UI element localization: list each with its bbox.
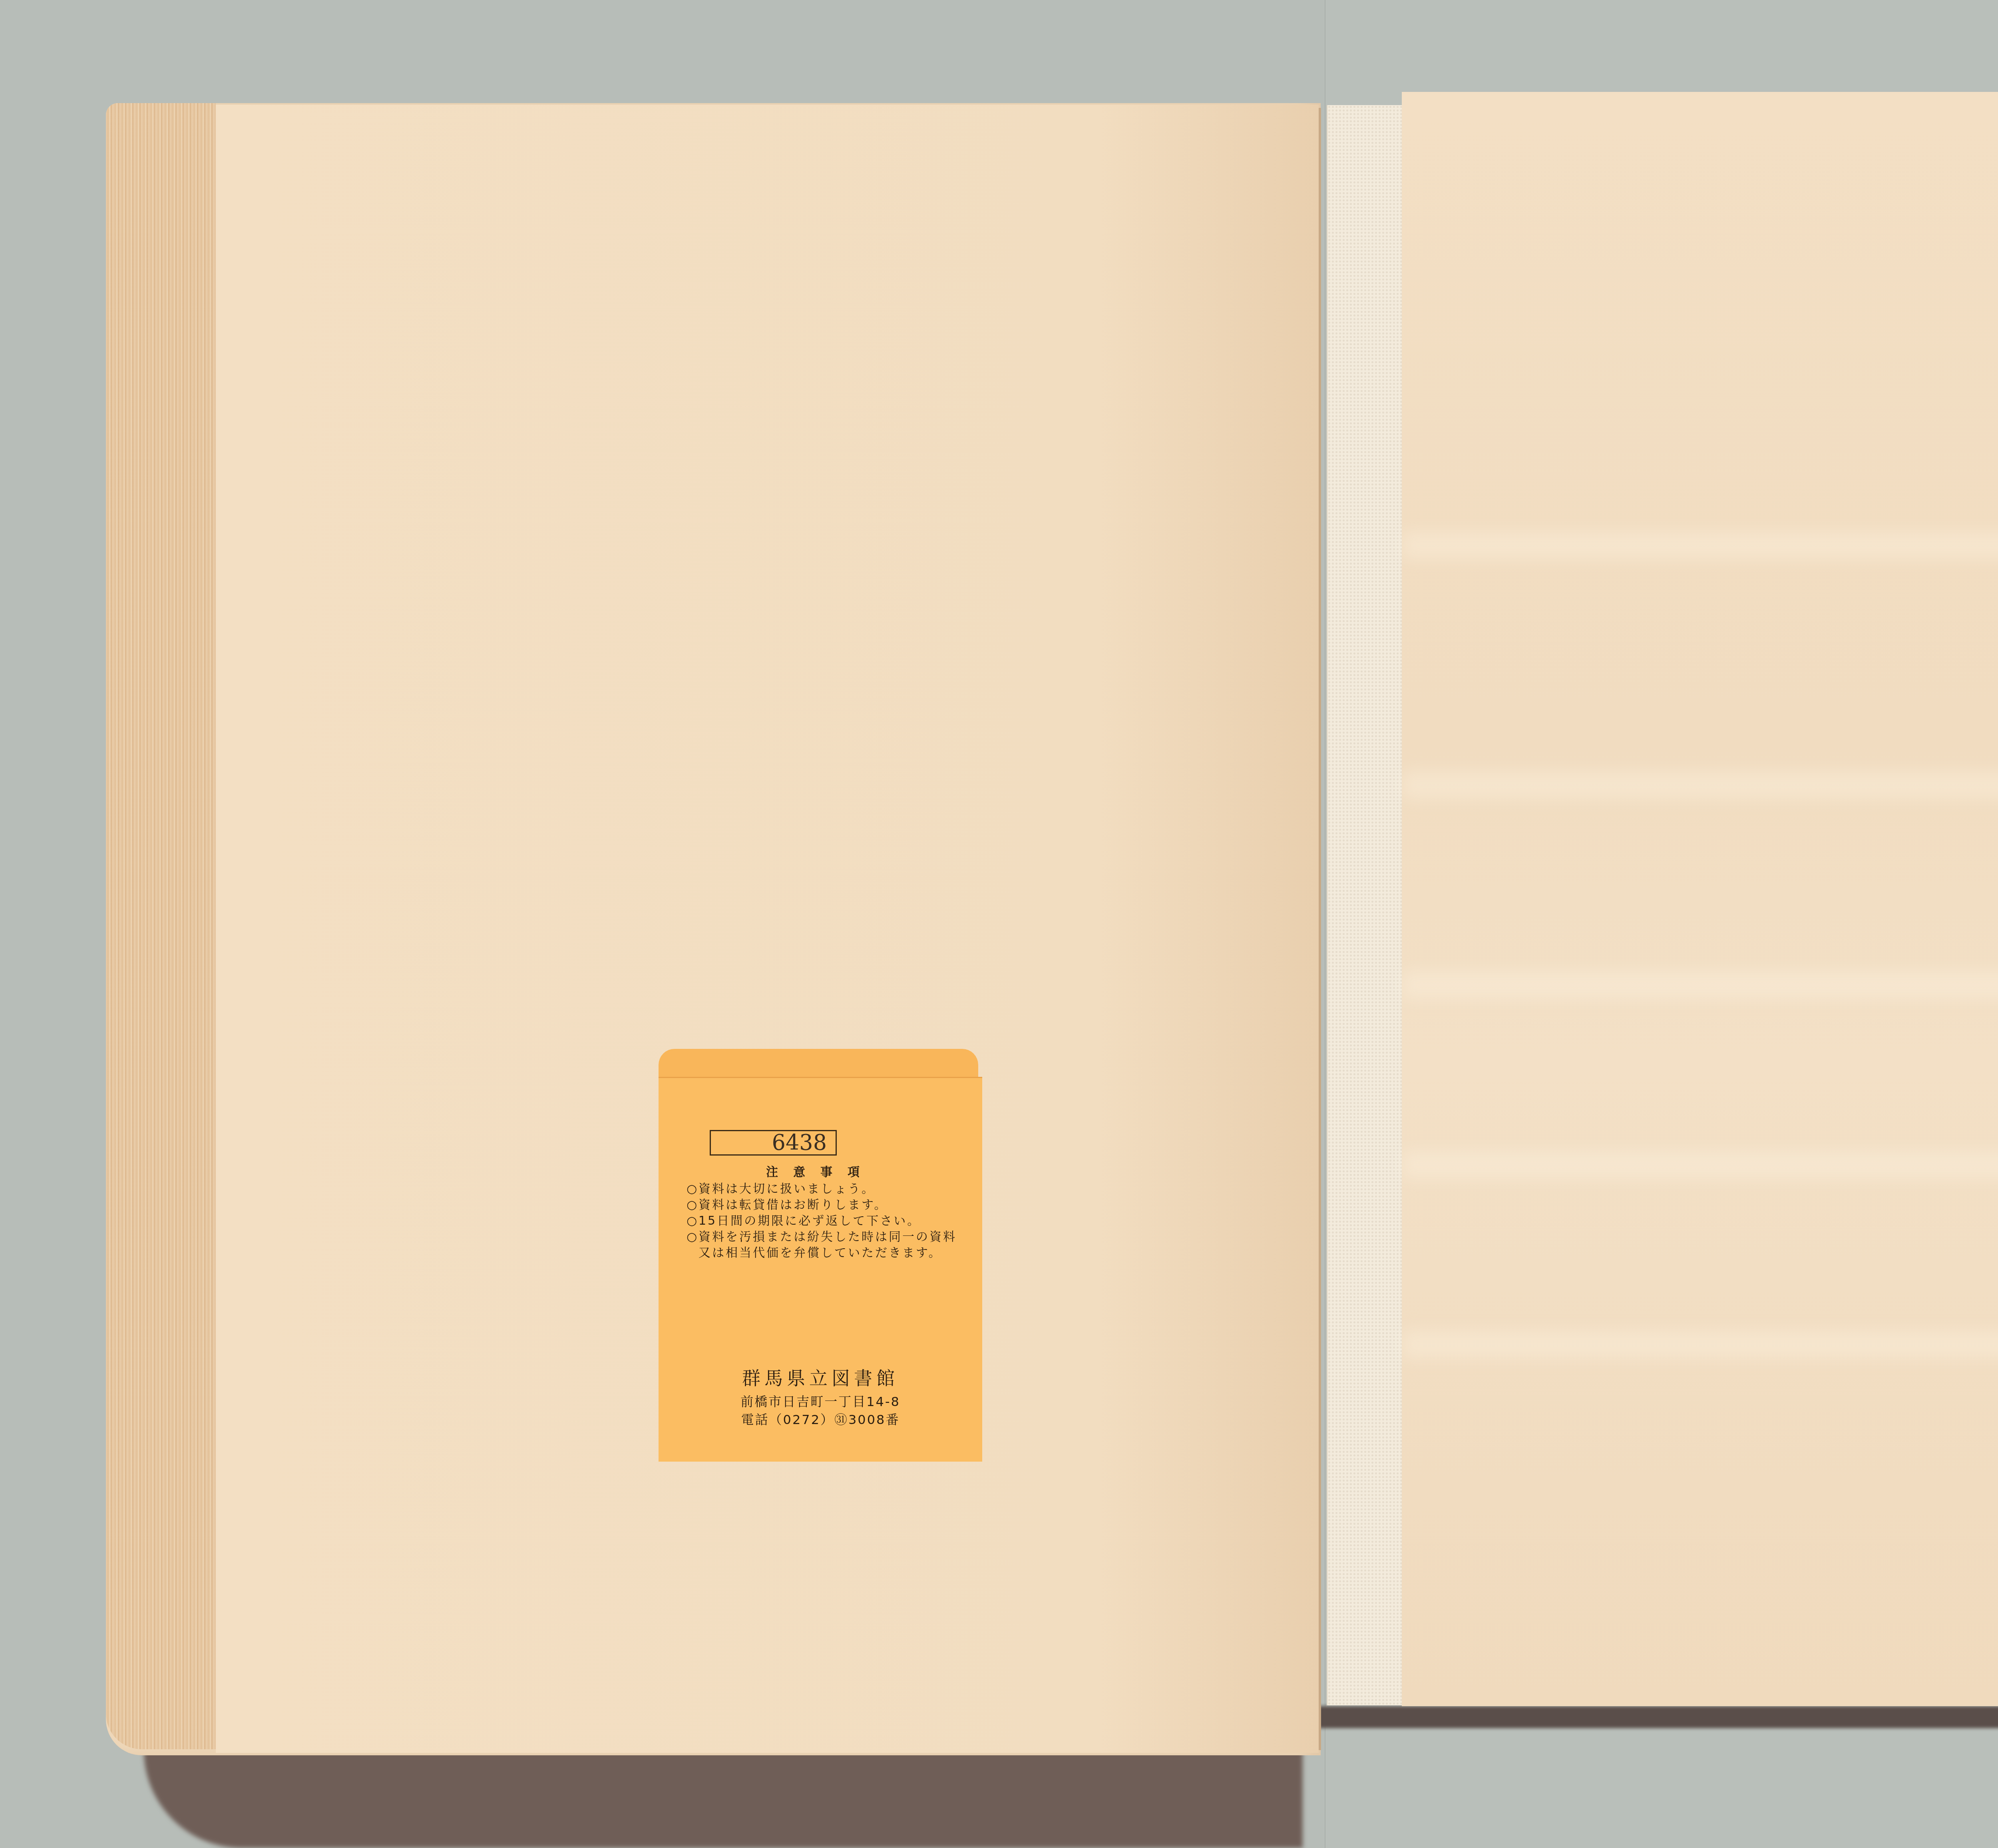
- library-card-pocket: 6438 注意事項 ○ 資料は大切に扱いましょう。 ○ 資料は転貸借はお断りしま…: [659, 1049, 982, 1460]
- paper-wave: [1402, 1331, 1998, 1359]
- library-name: 群馬県立図書館: [659, 1364, 982, 1390]
- right-page-shadow: [1315, 1706, 1998, 1728]
- notice-item: ○ 資料を汚損または紛失した時は同一の資料又は相当代価を弁償していただきます。: [687, 1229, 966, 1261]
- notice-text: 資料は転貸借はお断りします。: [699, 1197, 888, 1213]
- circle-bullet-icon: ○: [687, 1197, 699, 1213]
- circle-bullet-icon: ○: [687, 1229, 699, 1261]
- notice-text: 資料は大切に扱いましょう。: [699, 1181, 875, 1197]
- right-endpaper: [1402, 92, 1998, 1706]
- notice-text: 資料を汚損または紛失した時は同一の資料又は相当代価を弁償していただきます。: [699, 1229, 966, 1261]
- notice-title: 注意事項: [659, 1162, 982, 1180]
- notice-item: ○ 資料は大切に扱いましょう。: [687, 1181, 966, 1197]
- call-number: 6438: [710, 1130, 837, 1156]
- pocket-front: 6438 注意事項 ○ 資料は大切に扱いましょう。 ○ 資料は転貸借はお断りしま…: [659, 1077, 982, 1462]
- paper-wave: [1402, 971, 1998, 999]
- paper-wave: [1402, 771, 1998, 799]
- paper-wave: [1402, 531, 1998, 559]
- circle-bullet-icon: ○: [687, 1213, 699, 1229]
- library-address: 前橋市日吉町一丁目14-8: [659, 1392, 982, 1410]
- library-phone: 電話（0272）㉛3008番: [659, 1410, 982, 1428]
- notice-item: ○ 15日間の期限に必ず返して下さい。: [687, 1213, 966, 1229]
- paper-wave: [1402, 1151, 1998, 1179]
- circle-bullet-icon: ○: [687, 1181, 699, 1197]
- book-shadow: [144, 1750, 1303, 1848]
- left-endpaper: [216, 105, 1319, 1753]
- notice-list: ○ 資料は大切に扱いましょう。 ○ 資料は転貸借はお断りします。 ○ 15日間の…: [687, 1181, 966, 1261]
- gutter: [1319, 108, 1321, 1750]
- page-fore-edge: [106, 103, 216, 1749]
- notice-text: 15日間の期限に必ず返して下さい。: [699, 1213, 921, 1229]
- notice-item: ○ 資料は転貸借はお断りします。: [687, 1197, 966, 1213]
- spine-cloth-tape: [1327, 105, 1403, 1705]
